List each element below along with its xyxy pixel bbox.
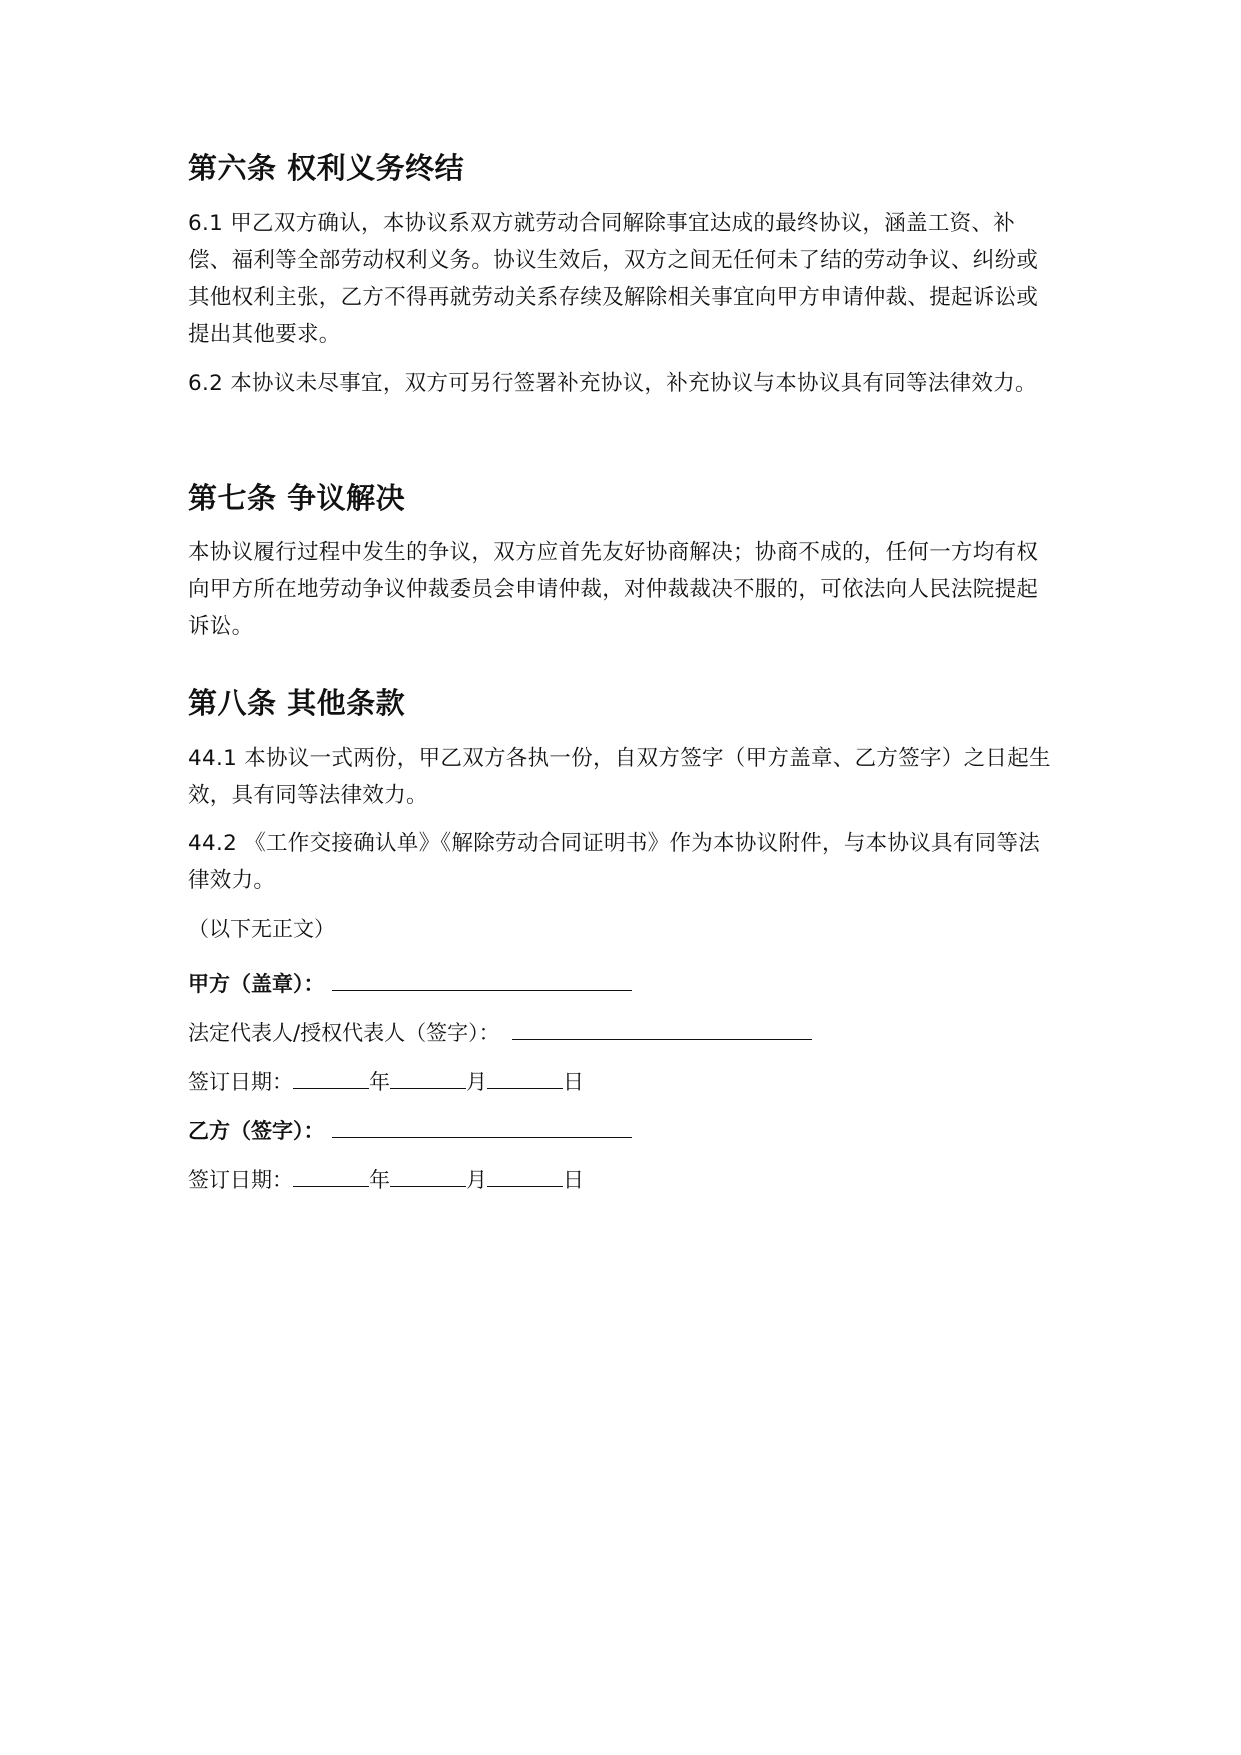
month-label: 月 bbox=[466, 1070, 487, 1094]
date-label-a: 签订日期： bbox=[188, 1070, 293, 1094]
legal-rep-label: 法定代表人/授权代表人（签字）： bbox=[188, 1021, 500, 1045]
article-7-title: 第七条 争议解决 bbox=[188, 478, 405, 518]
legal-rep-signature-field[interactable] bbox=[512, 1017, 812, 1040]
party-a-signature-row: 甲方（盖章）： bbox=[188, 968, 632, 999]
year-label: 年 bbox=[369, 1168, 390, 1192]
party-a-day-field[interactable] bbox=[487, 1066, 563, 1089]
legal-rep-signature-row: 法定代表人/授权代表人（签字）： bbox=[188, 1017, 812, 1048]
article-8-para-2: 44.2 《工作交接确认单》《解除劳动合同证明书》作为本协议附件，与本协议具有同… bbox=[188, 825, 1058, 899]
party-b-year-field[interactable] bbox=[293, 1164, 369, 1187]
party-b-signature-row: 乙方（签字）： bbox=[188, 1115, 632, 1146]
party-b-date-row: 签订日期：年月日 bbox=[188, 1164, 584, 1195]
party-b-month-field[interactable] bbox=[390, 1164, 466, 1187]
day-label: 日 bbox=[563, 1070, 584, 1094]
article-6-title: 第六条 权利义务终结 bbox=[188, 148, 464, 188]
end-note: （以下无正文） bbox=[188, 914, 335, 944]
party-a-seal-field[interactable] bbox=[332, 968, 632, 991]
month-label: 月 bbox=[466, 1168, 487, 1192]
article-8-para-1: 44.1 本协议一式两份，甲乙双方各执一份，自双方签字（甲方盖章、乙方签字）之日… bbox=[188, 740, 1058, 814]
party-b-signature-field[interactable] bbox=[332, 1115, 632, 1138]
year-label: 年 bbox=[369, 1070, 390, 1094]
article-8-title: 第八条 其他条款 bbox=[188, 683, 405, 723]
party-a-date-row: 签订日期：年月日 bbox=[188, 1066, 584, 1097]
party-a-month-field[interactable] bbox=[390, 1066, 466, 1089]
day-label: 日 bbox=[563, 1168, 584, 1192]
party-a-year-field[interactable] bbox=[293, 1066, 369, 1089]
article-6-para-2: 6.2 本协议未尽事宜，双方可另行签署补充协议，补充协议与本协议具有同等法律效力… bbox=[188, 365, 1058, 402]
article-6-para-1: 6.1 甲乙双方确认，本协议系双方就劳动合同解除事宜达成的最终协议，涵盖工资、补… bbox=[188, 205, 1058, 353]
article-7-para-1: 本协议履行过程中发生的争议，双方应首先友好协商解决；协商不成的，任何一方均有权向… bbox=[188, 534, 1058, 645]
party-a-label: 甲方（盖章）： bbox=[188, 972, 325, 996]
date-label-b: 签订日期： bbox=[188, 1168, 293, 1192]
party-b-label: 乙方（签字）： bbox=[188, 1119, 325, 1143]
party-b-day-field[interactable] bbox=[487, 1164, 563, 1187]
